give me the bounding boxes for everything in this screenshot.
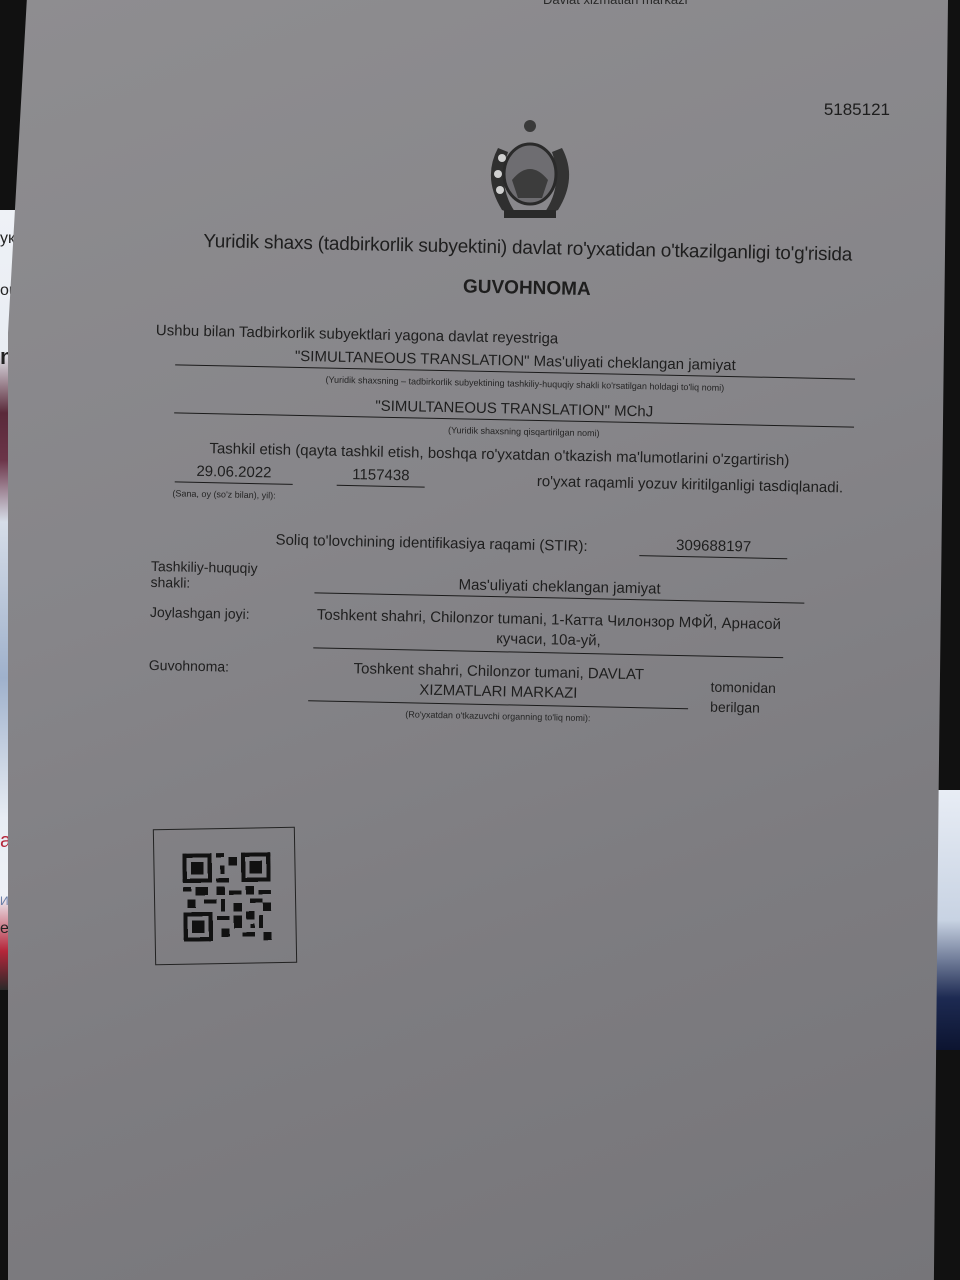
certificate-body: Yuridik shaxs (tadbirkorlik subyektini) … — [148, 230, 898, 729]
registry-confirm-text: ro'yxat raqamli yozuv kiritilganligi tas… — [537, 473, 844, 496]
issuer-label: Guvohnoma: — [149, 655, 299, 676]
legal-form-value: Mas'uliyati cheklangan jamiyat — [314, 573, 804, 603]
legal-form-label: Tashkiliy-huquqiy shakli: — [150, 558, 281, 593]
issuer-suffix: tomonidan berilgan — [710, 667, 771, 718]
registration-date: 29.06.2022 — [175, 462, 293, 484]
certificate-paper: Davlat xizmatlari markazi 5185121 Yuridi… — [8, 0, 948, 1280]
registry-number: 1157438 — [337, 466, 425, 488]
stir-value: 309688197 — [639, 536, 787, 559]
document-number: 5185121 — [824, 100, 890, 120]
stir-label: Soliq to'lovchining identifikasiya raqam… — [275, 532, 587, 556]
state-emblem-icon — [478, 118, 582, 226]
qr-code-frame — [153, 827, 297, 965]
issuer-caption: (Ro'yxatdan o'tkazuvchi organning to'liq… — [308, 707, 688, 725]
bg-fragment: ук — [0, 230, 15, 248]
top-cut-text: Davlat xizmatlari markazi — [543, 0, 687, 7]
document-heading: GUVOHNOMA — [157, 270, 897, 307]
issuer-value: Toshkent shahri, Chilonzor tumani, DAVLA… — [308, 658, 689, 709]
qr-code-icon[interactable] — [182, 852, 272, 942]
location-value: Toshkent shahri, Chilonzor tumani, 1-Кат… — [313, 605, 784, 658]
location-label: Joylashgan joyi: — [150, 602, 300, 623]
document-title: Yuridik shaxs (tadbirkorlik subyektini) … — [158, 230, 898, 267]
